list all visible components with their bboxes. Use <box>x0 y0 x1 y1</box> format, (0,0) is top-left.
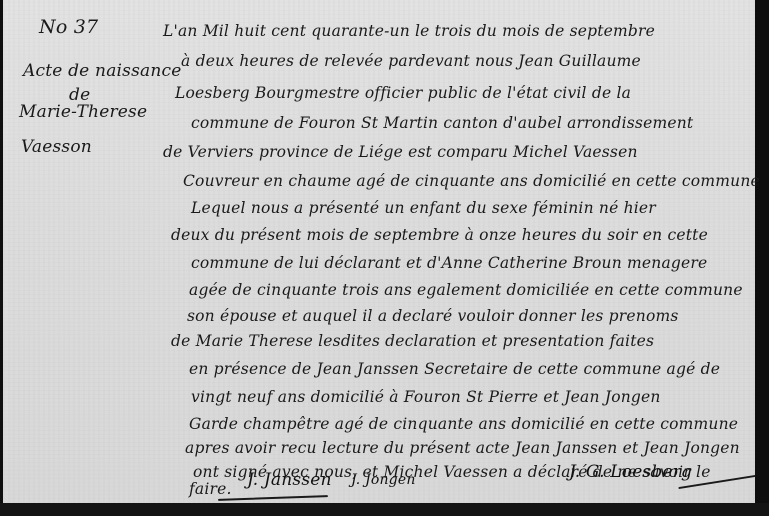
margin-surname: Vaesson <box>21 137 92 157</box>
body-line-15: Garde champêtre agé de cinquante ans dom… <box>189 415 738 433</box>
body-line-14: vingt neuf ans domicilié à Fouron St Pie… <box>191 388 661 406</box>
body-line-16: apres avoir recu lecture du présent acte… <box>185 439 740 457</box>
body-line-7: Lequel nous a présenté un enfant du sexe… <box>191 199 656 217</box>
margin-child-name: Marie-Therese <box>19 102 147 122</box>
body-line-12: de Marie Therese lesdites declaration et… <box>171 332 654 350</box>
body-line-8: deux du présent mois de septembre à onze… <box>171 226 708 244</box>
signature-flourish <box>218 495 328 501</box>
scan-border <box>0 503 769 516</box>
body-line-1: L'an Mil huit cent quarante-un le trois … <box>163 22 655 40</box>
body-line-11: son épouse et auquel il a declaré vouloi… <box>187 307 679 325</box>
body-line-13: en présence de Jean Janssen Secretaire d… <box>189 360 720 378</box>
signature-mayor-loesberg: J. G. Loesberg <box>569 462 692 482</box>
signature-witness-jongen: J. Jongen <box>351 472 416 488</box>
body-line-4: commune de Fouron St Martin canton d'aub… <box>191 114 693 132</box>
body-line-3: Loesberg Bourgmestre officier public de … <box>175 84 631 102</box>
body-line-9: commune de lui déclarant et d'Anne Cathe… <box>191 254 707 272</box>
body-line-10: agée de cinquante trois ans egalement do… <box>189 281 743 299</box>
body-line-2: à deux heures de relevée pardevant nous … <box>181 52 641 70</box>
margin-title-line1: Acte de naissance <box>23 61 181 81</box>
body-line-6: Couvreur en chaume agé de cinquante ans … <box>183 172 760 190</box>
body-line-5: de Verviers province de Liége est compar… <box>163 143 638 161</box>
register-page: No 37 Acte de naissance de Marie-Therese… <box>3 0 755 503</box>
entry-number: No 37 <box>39 16 98 38</box>
signature-witness-janssen: J. Janssen <box>247 470 332 490</box>
body-line-18: faire. <box>189 480 232 498</box>
